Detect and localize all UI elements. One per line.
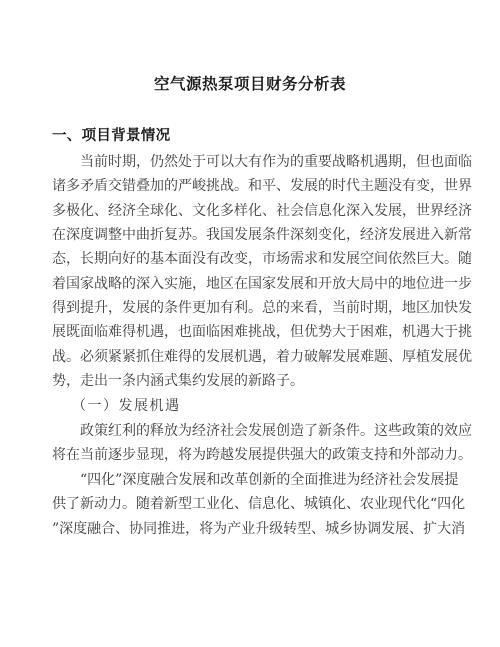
- paragraph-line: 着国家战略的深入实施，地区在国家发展和开放大局中的地位进一步: [52, 274, 444, 294]
- paragraph-line: 战。必须紧紧抓住难得的发展机遇，着力破解发展难题、厚植发展优: [52, 347, 444, 367]
- paragraph-line: 诸多矛盾交错叠加的严峻挑战。和平、发展的时代主题没有变，世界: [52, 176, 444, 196]
- paragraph-line: 态，长期向好的基本面没有改变，市场需求和发展空间依然巨大。随: [52, 249, 444, 269]
- paragraph-line: 当前时期，仍然处于可以大有作为的重要战略机遇期，但也面临: [80, 152, 444, 172]
- section-heading-background: 一、项目背景情况: [52, 124, 170, 145]
- paragraph-line: 供了新动力。随着新型工业化、信息化、城镇化、农业现代化“四化: [52, 494, 444, 514]
- paragraph-line: 得到提升，发展的条件更加有利。总的来看，当前时期，地区加快发: [52, 298, 444, 318]
- paragraph-line: 势，走出一条内涵式集约发展的新路子。: [52, 371, 444, 391]
- paragraph-line: 展既面临难得机遇，也面临困难挑战，但优势大于困难，机遇大于挑: [52, 322, 444, 342]
- document-page: 空气源热泵项目财务分析表 一、项目背景情况 当前时期，仍然处于可以大有作为的重要…: [0, 0, 500, 647]
- paragraph-line: “四化”深度融合发展和改革创新的全面推进为经济社会发展提: [80, 470, 444, 490]
- paragraph-line: 政策红利的释放为经济社会发展创造了新条件。这些政策的效应: [80, 421, 444, 441]
- paragraph-line: 将在当前逐步显现，将为跨越发展提供强大的政策支持和外部动力。: [52, 445, 444, 465]
- subsection-heading-opportunities: （一）发展机遇: [72, 396, 181, 416]
- paragraph-line: 多极化、经济全球化、文化多样化、社会信息化深入发展，世界经济: [52, 201, 444, 221]
- document-title: 空气源热泵项目财务分析表: [0, 72, 500, 94]
- paragraph-line: ”深度融合、协同推进，将为产业升级转型、城乡协调发展、扩大消: [52, 519, 444, 539]
- paragraph-line: 在深度调整中曲折复苏。我国发展条件深刻变化，经济发展进入新常: [52, 225, 444, 245]
